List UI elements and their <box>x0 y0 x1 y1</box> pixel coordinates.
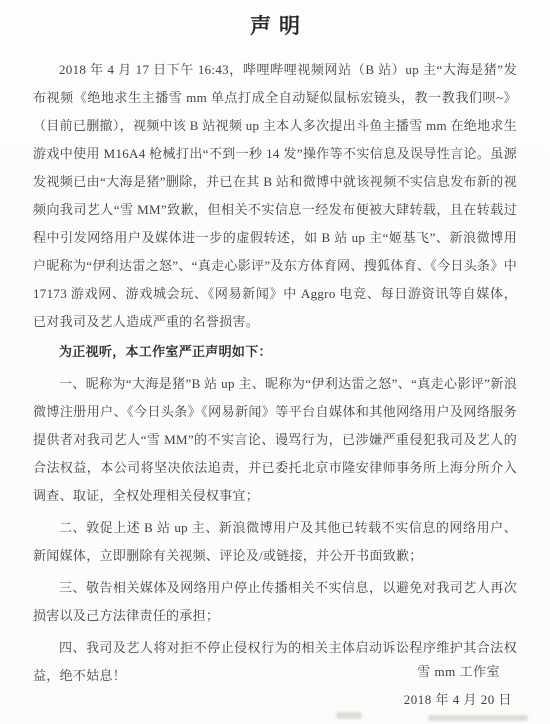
document-title: 声明 <box>33 10 517 40</box>
signature-studio-name: 雪 mm 工作室 <box>0 658 550 686</box>
statement-item-1: 一、昵称为“大海是猪”B 站 up 主、昵称为“伊利达雷之怒”、“真走心影评”新… <box>33 370 517 510</box>
intro-paragraph: 2018 年 4 月 17 日下午 16:43，哔哩哔哩视频网站（B 站）up … <box>33 56 517 336</box>
statement-document-page: 声明 2018 年 4 月 17 日下午 16:43，哔哩哔哩视频网站（B 站）… <box>0 0 550 724</box>
statement-item-2: 二、敦促上述 B 站 up 主、新浪微博用户及其他已转载不实信息的网络用户、新闻… <box>33 514 517 570</box>
signature-date: 2018 年 4 月 20 日 <box>0 686 550 714</box>
signature-block: 雪 mm 工作室 2018 年 4 月 20 日 <box>0 658 550 714</box>
statement-item-3: 三、敬告相关媒体及网络用户停止传播相关不实信息，以避免对我司艺人再次损害以及己方… <box>33 574 517 630</box>
scan-watermark-artifact <box>428 715 528 721</box>
declaration-heading: 为正视听，本工作室严正声明如下： <box>33 338 517 366</box>
scan-watermark-artifact <box>336 712 362 719</box>
